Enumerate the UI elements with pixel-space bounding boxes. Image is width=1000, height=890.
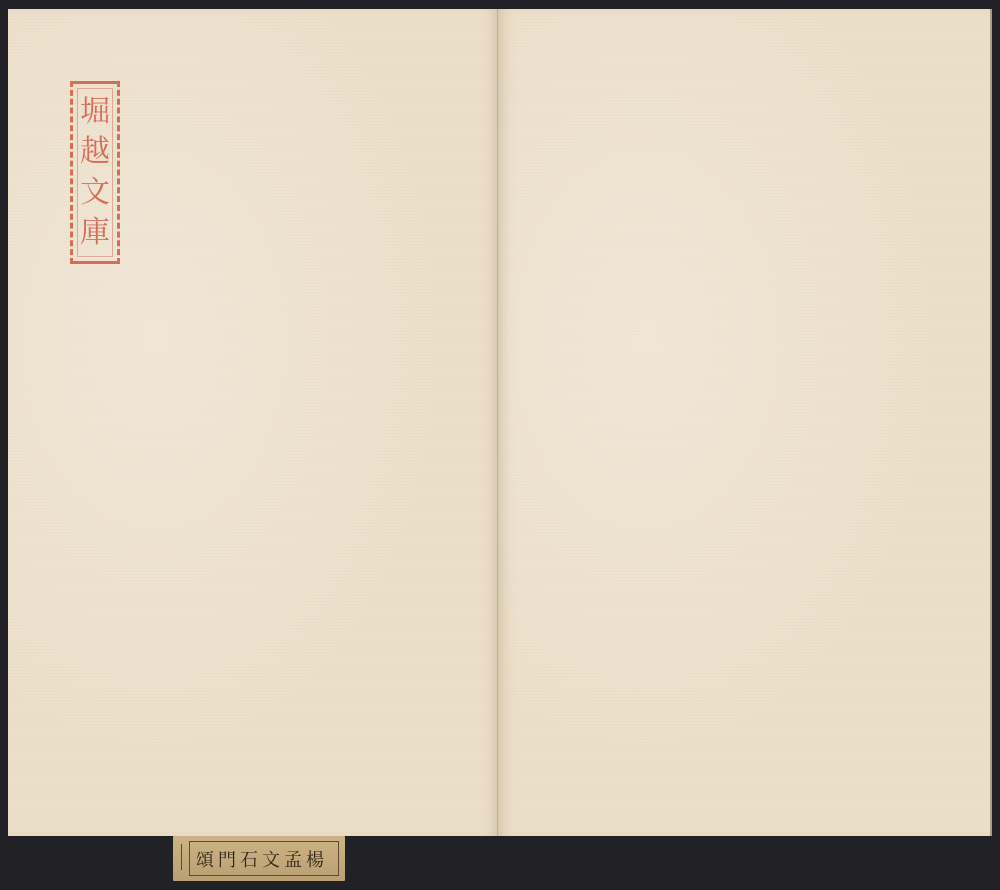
title-label-slip: 楊孟文石門頌 [173,836,345,881]
book-spread: 堀 越 文 庫 [8,9,992,836]
label-frame: 楊孟文石門頌 [189,841,339,876]
right-page [498,9,992,836]
seal-char-4: 庫 [80,216,110,250]
left-page: 堀 越 文 庫 [8,9,498,836]
seal-char-3: 文 [80,176,110,210]
library-seal: 堀 越 文 庫 [70,81,120,264]
label-title: 楊孟文石門頌 [196,846,328,872]
seal-char-2: 越 [80,135,110,169]
label-side-mark [173,844,182,870]
seal-char-1: 堀 [80,95,110,129]
